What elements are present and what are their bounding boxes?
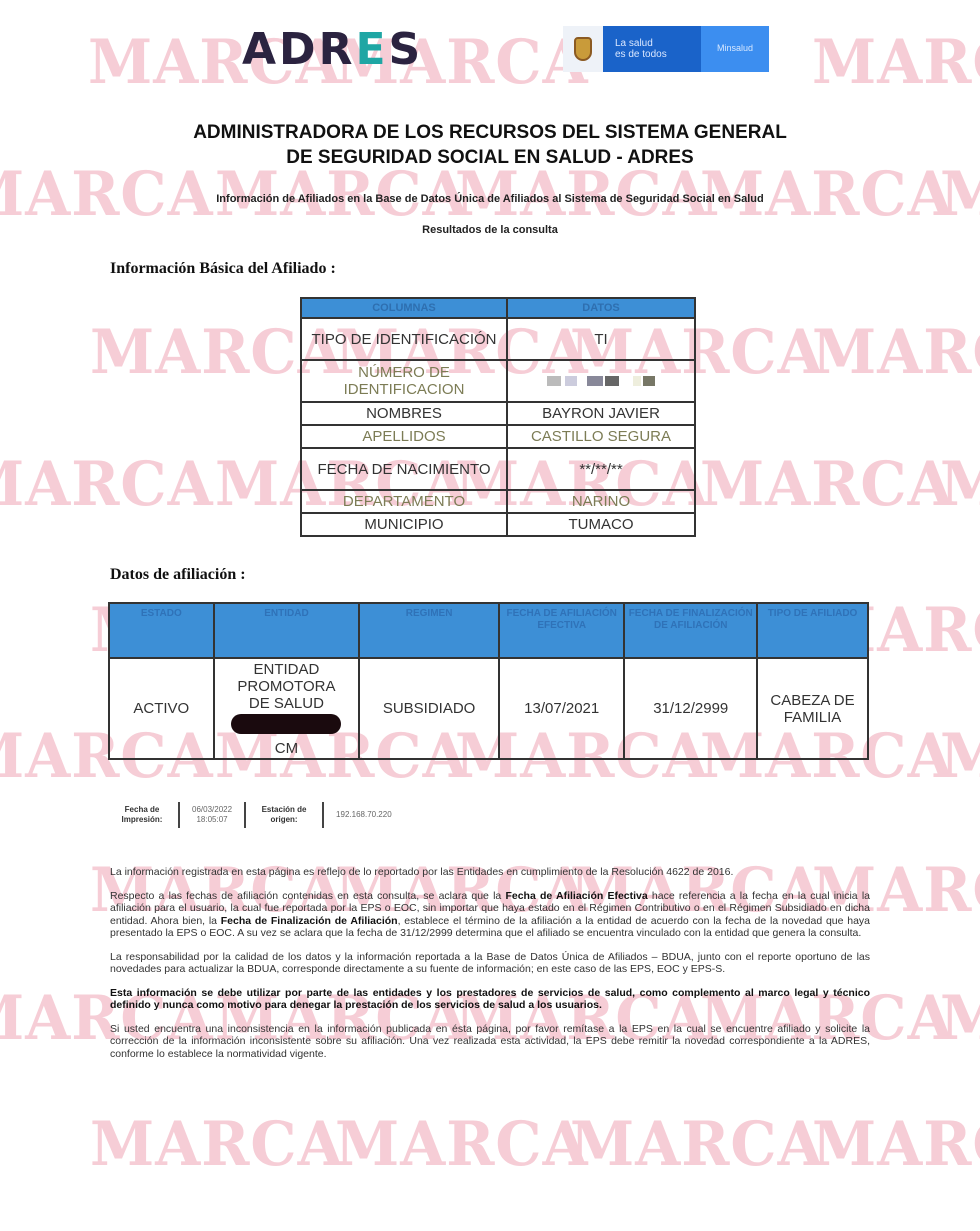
basic-info-heading: Información Básica del Afiliado : bbox=[110, 260, 336, 278]
column-header: FECHA DE FINALIZACIÓN DE AFILIACIÓN bbox=[624, 603, 757, 658]
watermark: MARCA bbox=[90, 1108, 344, 1179]
table-row: NÚMERO DE IDENTIFICACION bbox=[301, 360, 695, 402]
row-value: CASTILLO SEGURA bbox=[507, 425, 695, 448]
column-header: COLUMNAS bbox=[301, 298, 507, 318]
watermark: MARCA bbox=[335, 1108, 589, 1179]
results-label: Resultados de la consulta bbox=[0, 224, 980, 236]
coat-of-arms-icon bbox=[563, 26, 603, 72]
row-value: TUMACO bbox=[507, 513, 695, 536]
note-paragraph: La responsabilidad por la calidad de los… bbox=[110, 951, 870, 976]
row-label: NÚMERO DE IDENTIFICACION bbox=[301, 360, 507, 402]
row-label: TIPO DE IDENTIFICACIÓN bbox=[301, 318, 507, 360]
row-value: BAYRON JAVIER bbox=[507, 402, 695, 425]
watermark: MARCA bbox=[812, 1108, 980, 1179]
watermark: MARCA bbox=[700, 448, 954, 519]
regimen-cell: SUBSIDIADO bbox=[359, 658, 499, 759]
page-subtitle: Información de Afiliados en la Base de D… bbox=[0, 193, 980, 205]
row-value: **/**/** bbox=[507, 448, 695, 490]
column-header: ENTIDAD bbox=[214, 603, 360, 658]
table-row: MUNICIPIO TUMACO bbox=[301, 513, 695, 536]
table-row: ACTIVO ENTIDAD PROMOTORA DE SALUD CM SUB… bbox=[109, 658, 868, 759]
row-value: TI bbox=[507, 318, 695, 360]
column-header: FECHA DE AFILIACIÓN EFECTIVA bbox=[499, 603, 625, 658]
watermark: MARCA bbox=[940, 982, 980, 1053]
page-title: ADMINISTRADORA DE LOS RECURSOS DEL SISTE… bbox=[0, 120, 980, 170]
entidad-cell: ENTIDAD PROMOTORA DE SALUD CM bbox=[214, 658, 360, 759]
column-header: DATOS bbox=[507, 298, 695, 318]
disclaimer-notes: La información registrada en esta página… bbox=[110, 866, 870, 1071]
fecha-afiliacion-cell: 13/07/2021 bbox=[499, 658, 625, 759]
redacted-entity-name bbox=[231, 714, 341, 734]
ministry-label: Minsalud bbox=[701, 26, 769, 72]
note-paragraph: La información registrada en esta página… bbox=[110, 866, 870, 879]
row-label: NOMBRES bbox=[301, 402, 507, 425]
watermark: MARCA bbox=[812, 316, 980, 387]
watermark: MARCA bbox=[0, 448, 214, 519]
watermark: MARCA bbox=[570, 1108, 824, 1179]
station-value: 192.168.70.220 bbox=[336, 810, 392, 820]
column-header: ESTADO bbox=[109, 603, 214, 658]
note-paragraph-bold: Esta información se debe utilizar por pa… bbox=[110, 987, 870, 1012]
watermark: MARCA bbox=[940, 448, 980, 519]
print-date-label: Fecha de Impresión: bbox=[118, 805, 166, 825]
adres-logo: ADRES bbox=[242, 24, 423, 75]
basic-info-table: COLUMNAS DATOS TIPO DE IDENTIFICACIÓN TI… bbox=[300, 297, 696, 537]
column-header: TIPO DE AFILIADO bbox=[757, 603, 868, 658]
watermark: MARCA bbox=[812, 26, 980, 97]
table-row: NOMBRES BAYRON JAVIER bbox=[301, 402, 695, 425]
estado-cell: ACTIVO bbox=[109, 658, 214, 759]
watermark: MARCA bbox=[940, 720, 980, 791]
print-date-value: 06/03/2022 18:05:07 bbox=[192, 805, 232, 825]
table-row: APELLIDOS CASTILLO SEGURA bbox=[301, 425, 695, 448]
gov-slogan: La salud es de todos bbox=[603, 26, 701, 72]
print-info: Fecha de Impresión: 06/03/2022 18:05:07 … bbox=[118, 802, 392, 828]
note-paragraph: Respecto a las fechas de afiliación cont… bbox=[110, 890, 870, 940]
table-row: TIPO DE IDENTIFICACIÓN TI bbox=[301, 318, 695, 360]
government-logo: La salud es de todos Minsalud bbox=[563, 26, 769, 72]
row-label: APELLIDOS bbox=[301, 425, 507, 448]
affiliation-table: ESTADO ENTIDAD REGIMEN FECHA DE AFILIACI… bbox=[108, 602, 869, 760]
table-row: FECHA DE NACIMIENTO **/**/** bbox=[301, 448, 695, 490]
column-header: REGIMEN bbox=[359, 603, 499, 658]
affiliation-heading: Datos de afiliación : bbox=[110, 566, 246, 584]
station-label: Estación de origen: bbox=[258, 805, 310, 825]
row-label: FECHA DE NACIMIENTO bbox=[301, 448, 507, 490]
tipo-afiliado-cell: CABEZA DE FAMILIA bbox=[757, 658, 868, 759]
id-number-redacted bbox=[507, 360, 695, 402]
table-row: DEPARTAMENTO NARINO bbox=[301, 490, 695, 513]
fecha-finalizacion-cell: 31/12/2999 bbox=[624, 658, 757, 759]
row-value: NARINO bbox=[507, 490, 695, 513]
row-label: MUNICIPIO bbox=[301, 513, 507, 536]
row-label: DEPARTAMENTO bbox=[301, 490, 507, 513]
note-paragraph: Si usted encuentra una inconsistencia en… bbox=[110, 1023, 870, 1061]
